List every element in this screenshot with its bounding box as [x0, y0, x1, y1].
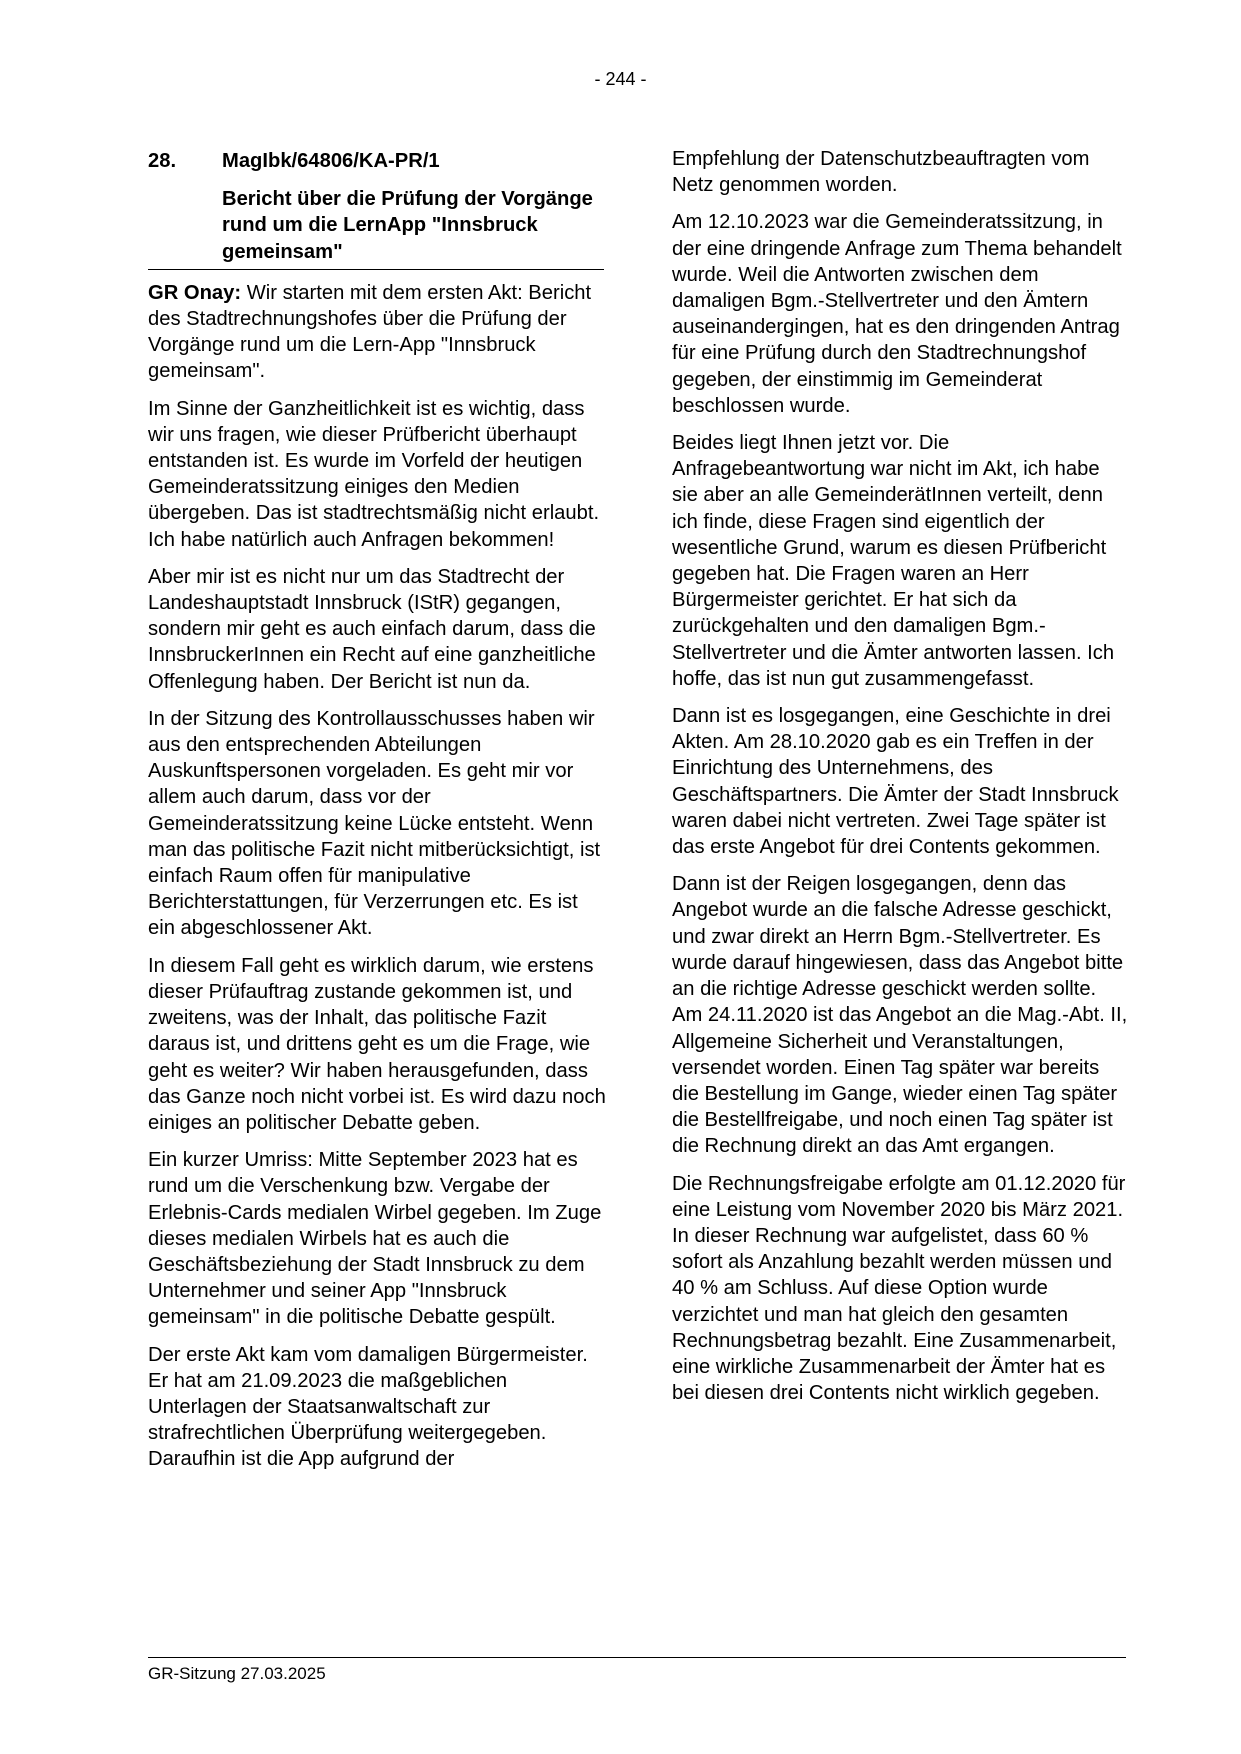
paragraph: Beides liegt Ihnen jetzt vor. Die Anfrag…	[672, 430, 1130, 692]
paragraph: In diesem Fall geht es wirklich darum, w…	[148, 953, 606, 1136]
paragraph: In der Sitzung des Kontrollausschusses h…	[148, 706, 606, 942]
paragraph: Dann ist es losgegangen, eine Geschichte…	[672, 703, 1130, 860]
speaker-name: GR Onay:	[148, 282, 241, 304]
paragraph: Der erste Akt kam vom damaligen Bürgerme…	[148, 1342, 606, 1473]
paragraph: Die Rechnungsfreigabe erfolgte am 01.12.…	[672, 1171, 1130, 1407]
agenda-item-reference: MagIbk/64806/KA-PR/1	[222, 148, 606, 174]
footer-divider	[148, 1657, 1126, 1658]
page-number: - 244 -	[0, 68, 1241, 90]
footer-session-date: GR-Sitzung 27.03.2025	[148, 1663, 326, 1685]
right-column: Empfehlung der Datenschutzbeauftragten v…	[672, 146, 1130, 1417]
paragraph: Dann ist der Reigen losgegangen, denn da…	[672, 871, 1130, 1159]
left-column: 28. MagIbk/64806/KA-PR/1 Bericht über di…	[148, 148, 606, 1484]
agenda-item-heading: 28. MagIbk/64806/KA-PR/1 Bericht über di…	[148, 148, 606, 265]
agenda-item-title: Bericht über die Prüfung der Vorgänge ru…	[222, 186, 602, 265]
heading-divider	[148, 269, 604, 270]
paragraph: Aber mir ist es nicht nur um das Stadtre…	[148, 564, 606, 695]
agenda-item-number: 28.	[148, 148, 176, 174]
paragraph: GR Onay: Wir starten mit dem ersten Akt:…	[148, 280, 606, 385]
paragraph: Empfehlung der Datenschutzbeauftragten v…	[672, 146, 1130, 198]
paragraph: Am 12.10.2023 war die Gemeinderatssitzun…	[672, 209, 1130, 419]
paragraph: Ein kurzer Umriss: Mitte September 2023 …	[148, 1147, 606, 1330]
paragraph: Im Sinne der Ganzheitlichkeit ist es wic…	[148, 396, 606, 553]
